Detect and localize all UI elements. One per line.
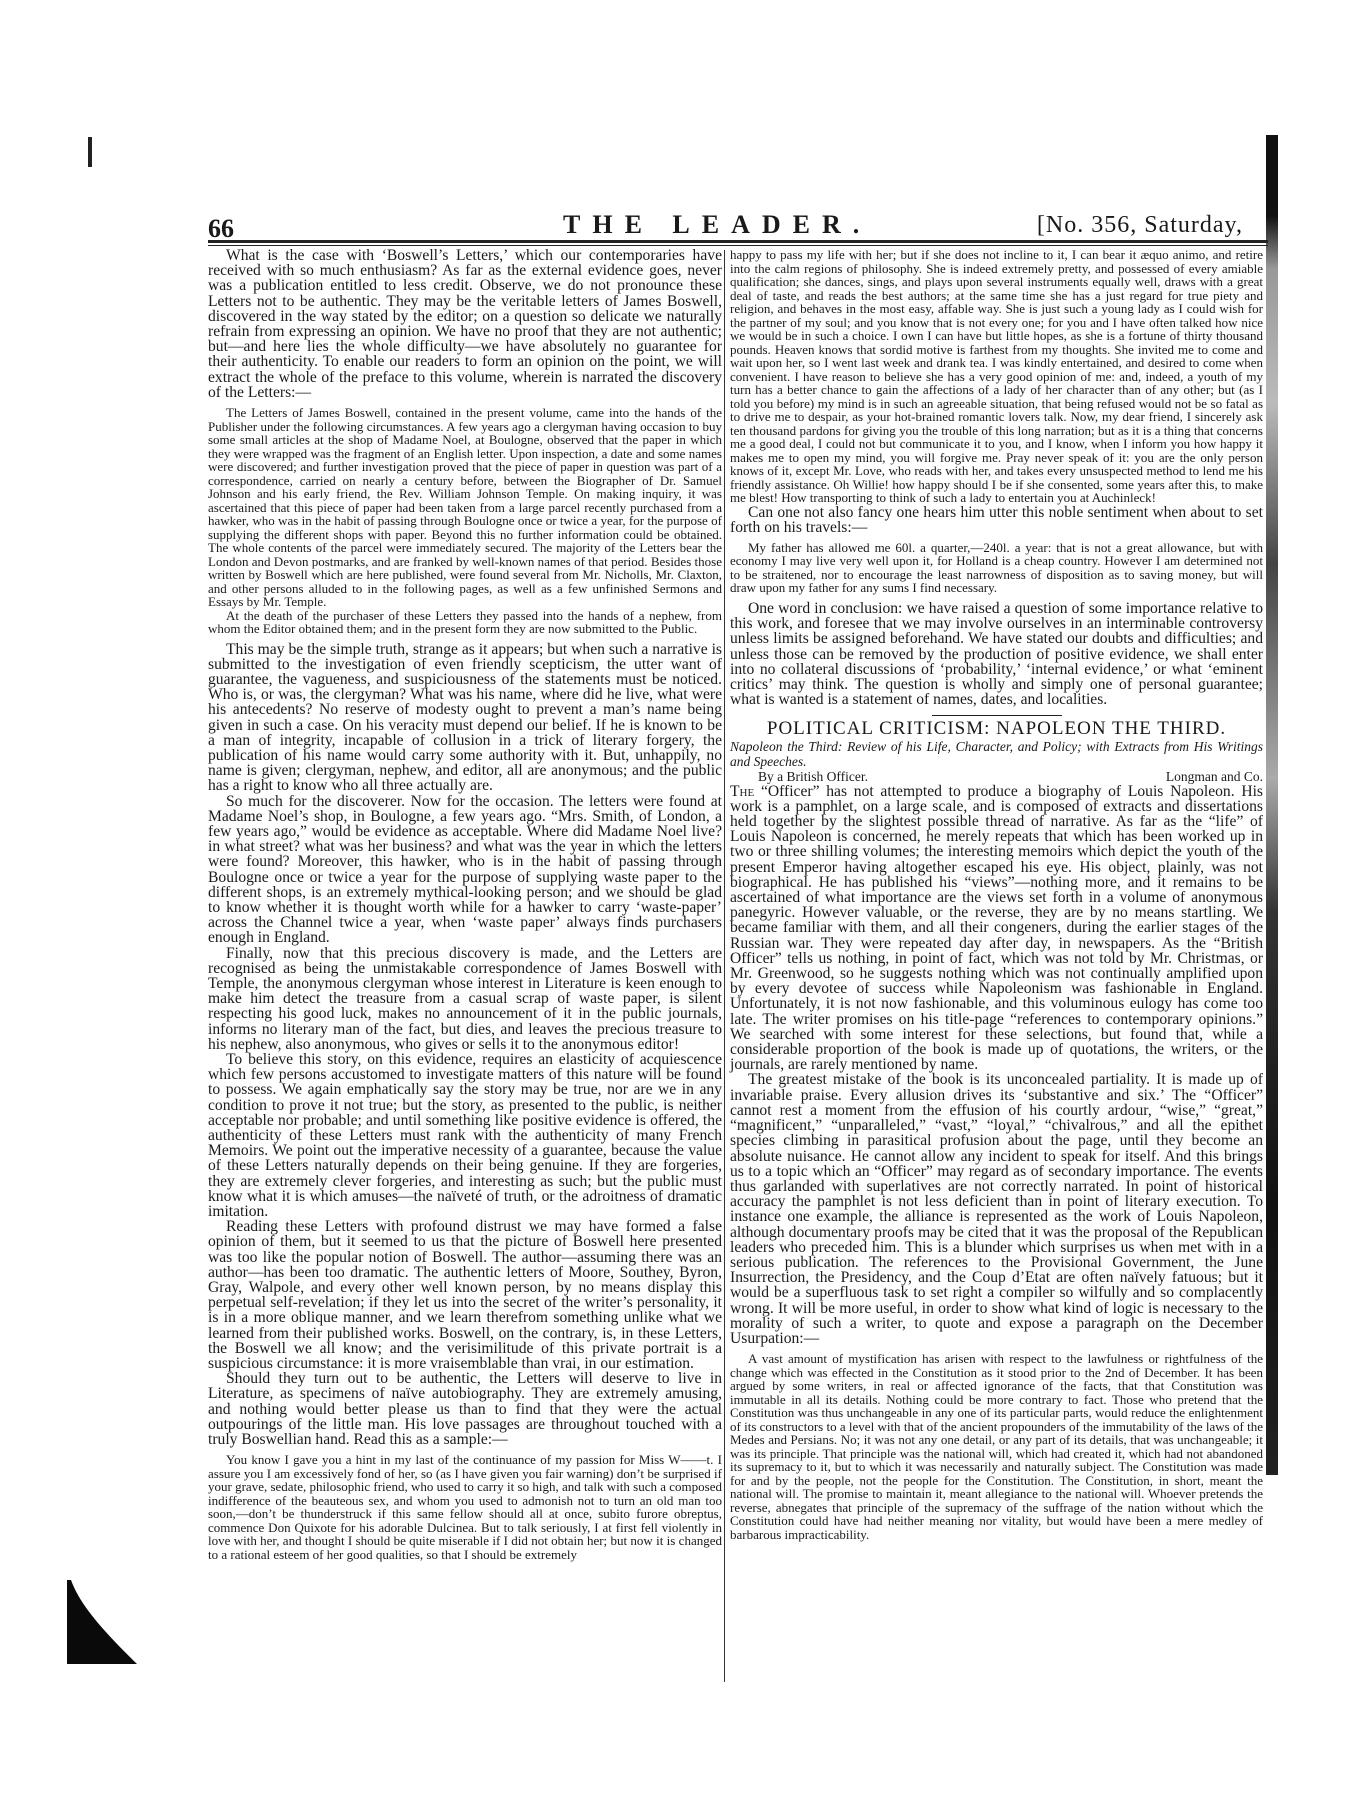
paragraph: Finally, now that this precious discover… xyxy=(208,946,722,1052)
paragraph: This may be the simple truth, strange as… xyxy=(208,642,722,794)
paragraph: One word in conclusion: we have raised a… xyxy=(730,601,1263,707)
ink-blot-mark xyxy=(88,137,92,167)
paragraph: So much for the discoverer. Now for the … xyxy=(208,794,722,946)
quoted-extract: You know I gave you a hint in my last of… xyxy=(208,1453,722,1561)
paragraph: Reading these Letters with profound dist… xyxy=(208,1219,722,1371)
paragraph: Can one not also fancy one hears him utt… xyxy=(730,505,1263,535)
paragraph: “Officer” has not attempted to produce a… xyxy=(730,783,1263,1074)
book-title: Napoleon the Third: Review of his Life, … xyxy=(730,739,1263,769)
column-divider xyxy=(724,250,725,1682)
masthead-title: THE LEADER. xyxy=(563,210,871,240)
header-rule xyxy=(208,240,1268,243)
page-corner-shadow xyxy=(67,1580,137,1664)
issue-number: [No. 356, Saturday, xyxy=(1037,212,1243,239)
newspaper-page: 66 THE LEADER. [No. 356, Saturday, What … xyxy=(0,0,1351,1801)
paragraph: What is the case with ‘Boswell’s Letters… xyxy=(208,248,722,400)
paragraph: The greatest mistake of the book is its … xyxy=(730,1072,1263,1346)
section-heading: POLITICAL CRITICISM: NAPOLEON THE THIRD. xyxy=(730,722,1263,736)
book-publisher: Longman and Co. xyxy=(1166,769,1263,784)
quoted-extract: At the death of the purchaser of these L… xyxy=(208,609,722,636)
quoted-extract: happy to pass my life with her; but if s… xyxy=(730,248,1263,505)
header-rule-thin xyxy=(208,245,1268,246)
paragraph: To believe this story, on this evidence,… xyxy=(208,1052,722,1219)
section-rule xyxy=(932,715,1062,716)
quoted-extract: The Letters of James Boswell, contained … xyxy=(208,406,722,609)
page-edge-shadow xyxy=(1266,135,1278,1475)
paragraph: Should they turn out to be authentic, th… xyxy=(208,1371,722,1447)
page-header: 66 THE LEADER. [No. 356, Saturday, xyxy=(208,210,1268,250)
quoted-extract: My father has allowed me 60l. a quarter,… xyxy=(730,541,1263,595)
quoted-extract: A vast amount of mystification has arise… xyxy=(730,1352,1263,1541)
right-column: happy to pass my life with her; but if s… xyxy=(730,248,1263,1541)
book-credits: By a British Officer. Longman and Co. xyxy=(730,769,1263,784)
book-author: By a British Officer. xyxy=(758,769,868,784)
left-column: What is the case with ‘Boswell’s Letters… xyxy=(208,248,722,1561)
